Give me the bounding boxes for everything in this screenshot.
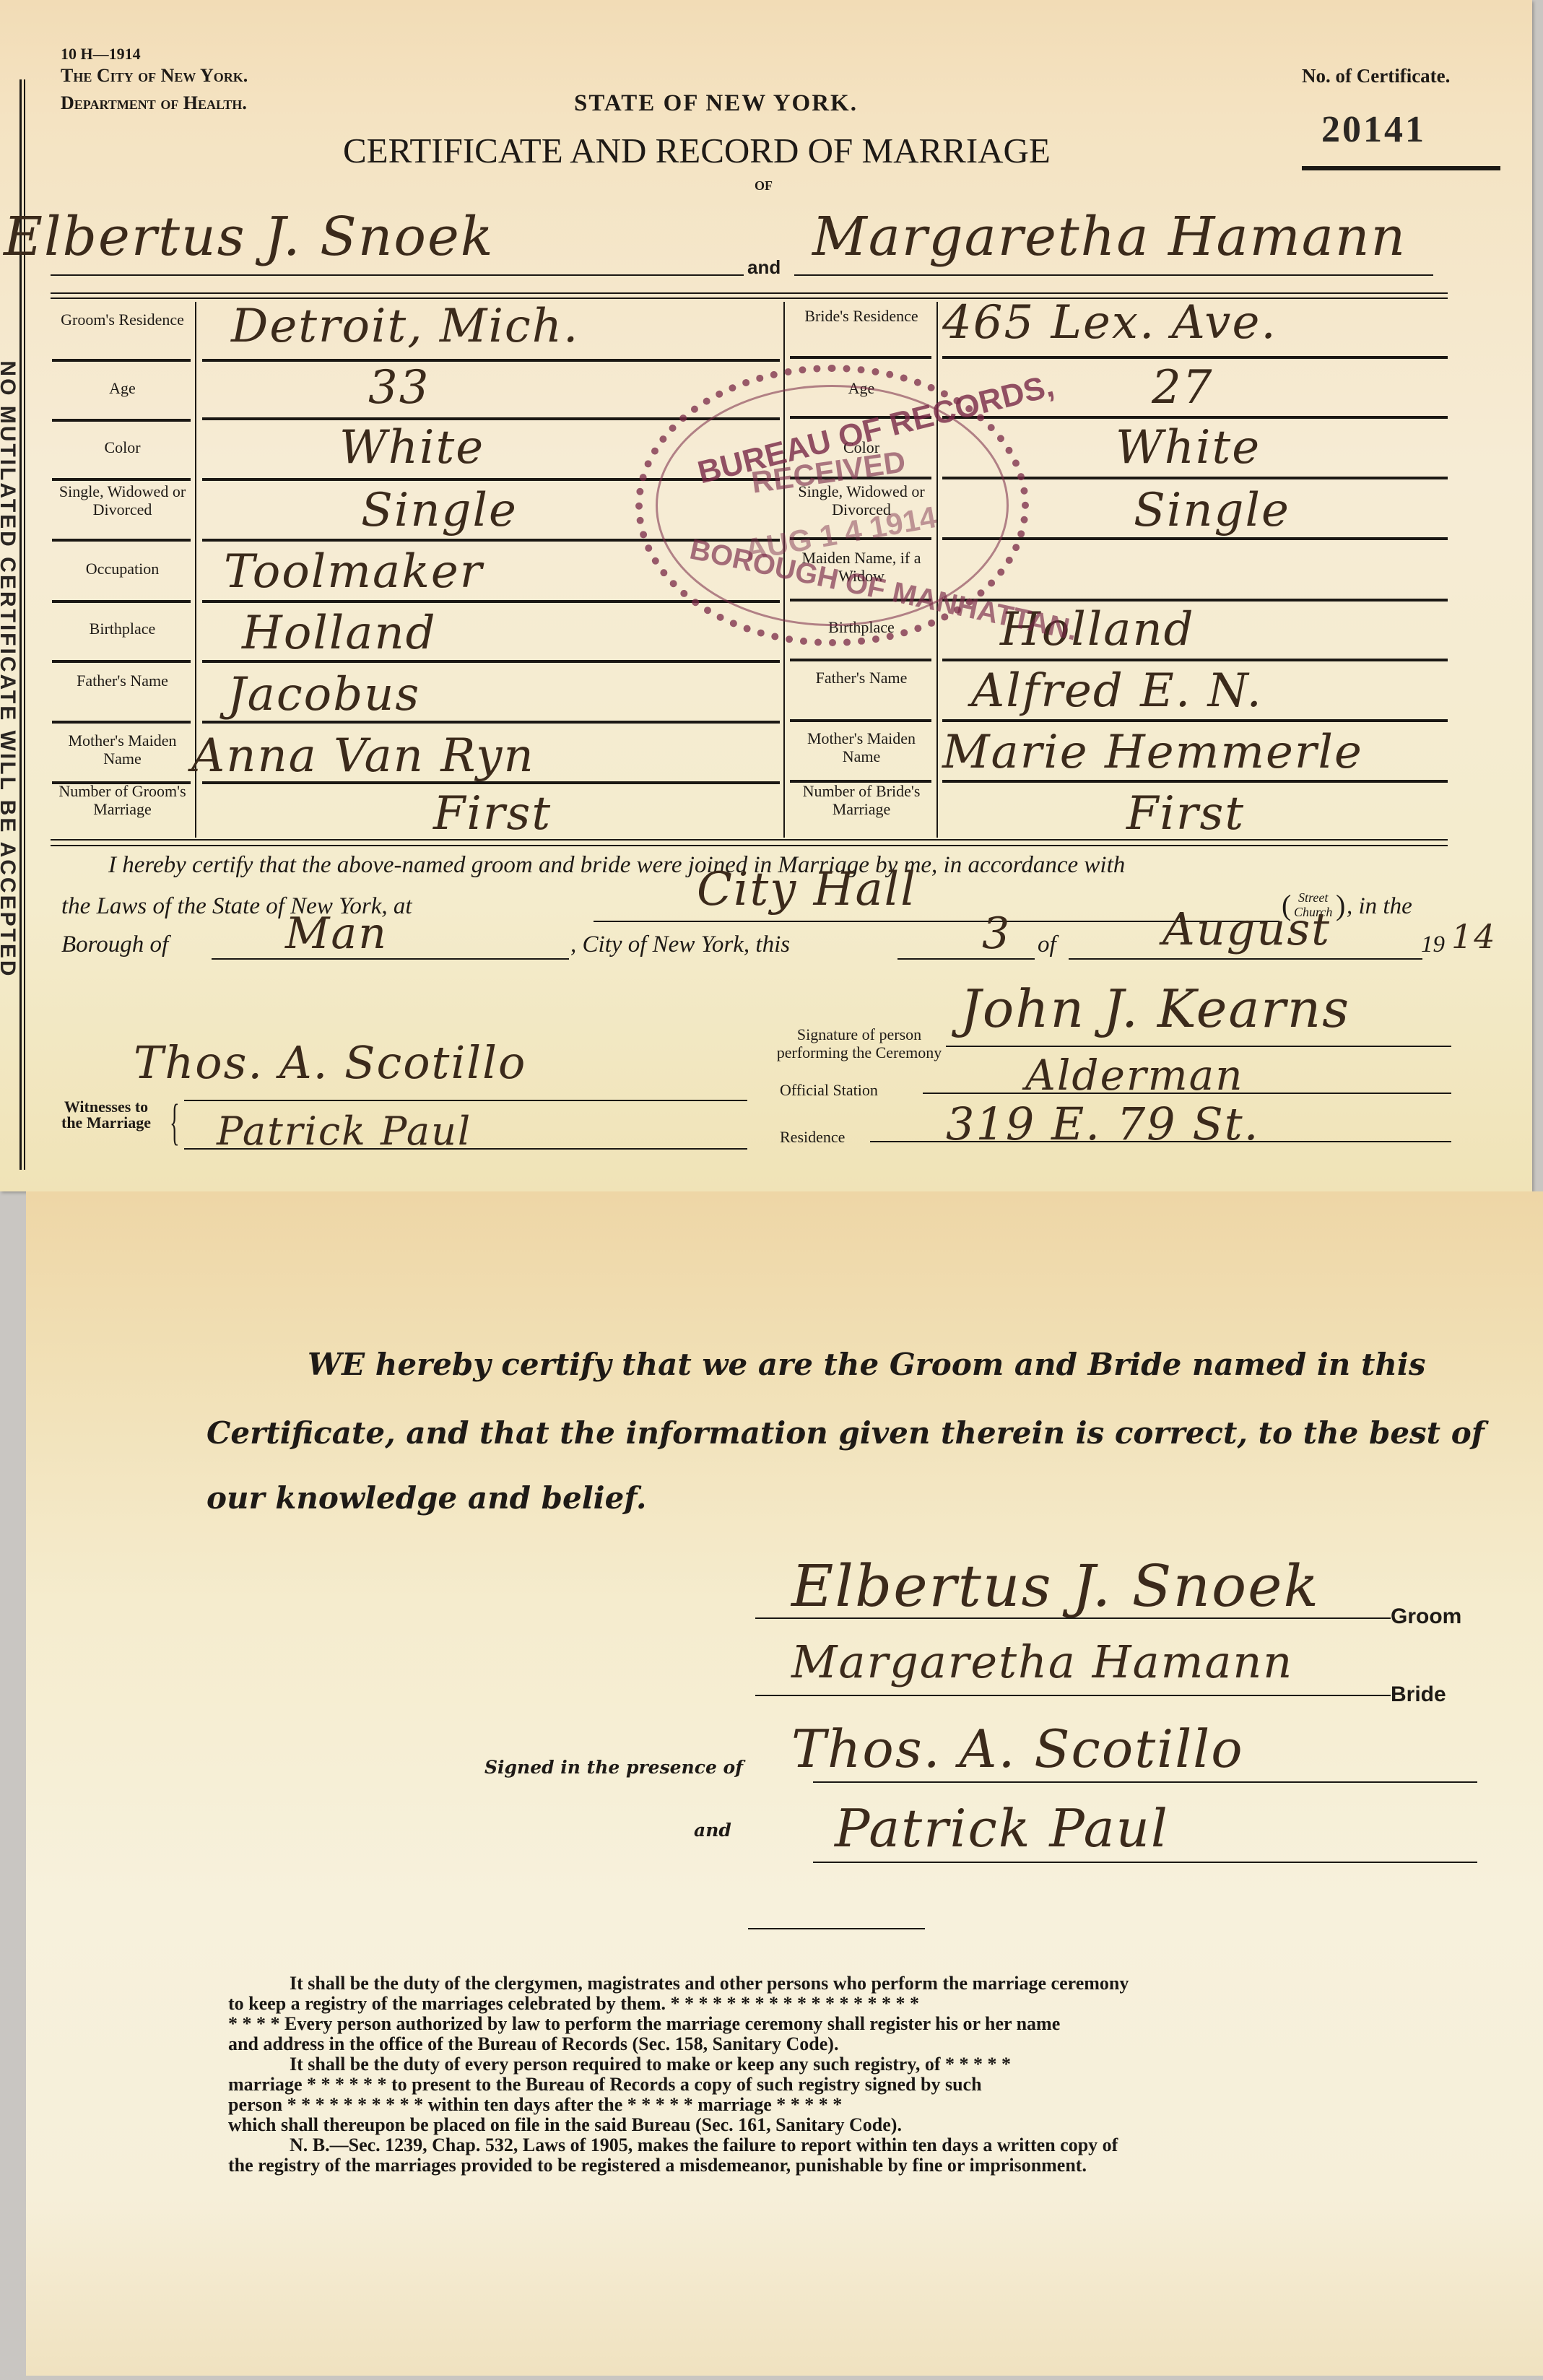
certify-in-the: , in the bbox=[1347, 893, 1412, 920]
declaration-line-1: WE hereby certify that we are the Groom … bbox=[308, 1347, 1425, 1382]
bride-father-label: Father's Name bbox=[790, 669, 933, 687]
and-back-label: and bbox=[694, 1820, 731, 1841]
groom-color-label: Color bbox=[52, 438, 193, 456]
witness-1-line bbox=[184, 1100, 747, 1101]
groom-marriage-number-value: First bbox=[433, 787, 552, 841]
bride-label: Bride bbox=[1391, 1682, 1446, 1707]
groom-occupation-label: Occupation bbox=[52, 560, 193, 578]
and-label: and bbox=[747, 256, 781, 279]
groom-mother-label: Mother's Maiden Name bbox=[52, 731, 193, 768]
bride-mother-value: Marie Hemmerle bbox=[942, 726, 1363, 779]
legal-nb-line2: the registry of the marriages provided t… bbox=[228, 2155, 1499, 2176]
declaration-line-2: Certificate, and that the information gi… bbox=[207, 1415, 1485, 1451]
officiant-signature-label: Signature of person performing the Cerem… bbox=[773, 1025, 946, 1061]
official-station-label: Official Station bbox=[780, 1081, 878, 1100]
legal-p1-line4: and address in the office of the Bureau … bbox=[228, 2034, 1499, 2054]
groom-father-label: Father's Name bbox=[52, 672, 193, 690]
legal-p1-line3: * * * * Every person authorized by law t… bbox=[228, 2014, 1499, 2034]
certificate-number: 20141 bbox=[1321, 108, 1426, 151]
paren-close: ) bbox=[1336, 888, 1345, 922]
witness-1-back-signature: Thos. A. Scotillo bbox=[791, 1719, 1244, 1779]
witness-1-signature: Thos. A. Scotillo bbox=[134, 1036, 526, 1089]
groom-residence-value: Detroit, Mich. bbox=[231, 300, 579, 353]
declaration-line-3: our knowledge and belief. bbox=[207, 1480, 647, 1516]
witness-1-back-line bbox=[813, 1781, 1477, 1783]
legal-nb-line1: N. B.—Sec. 1239, Chap. 532, Laws of 1905… bbox=[228, 2135, 1499, 2155]
bride-name: Margaretha Hamann bbox=[812, 206, 1407, 268]
groom-occupation-value: Toolmaker bbox=[224, 545, 483, 599]
signed-in-presence-label: Signed in the presence of bbox=[484, 1757, 743, 1778]
witness-2-line bbox=[184, 1148, 747, 1150]
legal-notice: It shall be the duty of the clergymen, m… bbox=[228, 1973, 1499, 2176]
groom-marital-status-label: Single, Widowed or Divorced bbox=[52, 482, 193, 518]
legal-p1-line1: It shall be the duty of the clergymen, m… bbox=[228, 1973, 1499, 1994]
ceremony-day: 3 bbox=[982, 908, 1011, 959]
witness-2-back-signature: Patrick Paul bbox=[835, 1798, 1169, 1859]
bride-signature-line bbox=[755, 1695, 1391, 1696]
groom-father-value: Jacobus bbox=[227, 668, 420, 721]
officiant-residence-value: 319 E. 79 St. bbox=[946, 1098, 1259, 1150]
groom-birthplace-label: Birthplace bbox=[52, 620, 193, 638]
official-station-value: Alderman bbox=[1025, 1051, 1244, 1100]
groom-residence-label: Groom's Residence bbox=[52, 310, 193, 329]
bride-marriage-number-label: Number of Bride's Marriage bbox=[790, 782, 933, 818]
groom-name-line bbox=[51, 274, 744, 276]
witness-2-signature: Patrick Paul bbox=[217, 1108, 471, 1154]
certify-line1: I hereby certify that the above-named gr… bbox=[108, 852, 1125, 879]
witness-brace: { bbox=[170, 1098, 179, 1148]
borough-prefix: Borough of bbox=[61, 931, 168, 958]
groom-mother-value: Anna Van Ryn bbox=[191, 729, 535, 783]
groom-label: Groom bbox=[1391, 1604, 1461, 1629]
borough-value: Man bbox=[285, 908, 388, 959]
legal-p1-line2: to keep a registry of the marriages cele… bbox=[228, 1994, 1499, 2014]
issuer-city: The City of New York. bbox=[61, 65, 248, 87]
groom-birthplace-value: Holland bbox=[242, 607, 437, 660]
bride-age-value: 27 bbox=[1152, 361, 1213, 414]
side-margin-text: NO MUTILATED CERTIFICATE WILL BE ACCEPTE… bbox=[0, 323, 19, 1016]
table-bottom-rule bbox=[51, 845, 1448, 846]
of-label: OF bbox=[755, 178, 773, 194]
bride-mother-label: Mother's Maiden Name bbox=[790, 729, 933, 765]
state-heading: STATE OF NEW YORK. bbox=[574, 90, 858, 117]
groom-age-value: 33 bbox=[368, 361, 430, 414]
of-text: of bbox=[1038, 931, 1056, 958]
year-prefix: 19 bbox=[1421, 931, 1445, 958]
bride-marital-status-value: Single bbox=[1134, 484, 1290, 537]
month-line bbox=[1069, 958, 1422, 960]
bride-name-line bbox=[794, 274, 1433, 276]
groom-marital-status-value: Single bbox=[361, 484, 518, 537]
certificate-number-label: No. of Certificate. bbox=[1302, 65, 1450, 87]
groom-name: Elbertus J. Snoek bbox=[4, 206, 495, 268]
groom-signature-line bbox=[755, 1617, 1391, 1619]
borough-line bbox=[212, 958, 569, 960]
officiant-signature: John J. Kearns bbox=[960, 978, 1350, 1039]
bride-residence-label: Bride's Residence bbox=[790, 307, 933, 325]
certificate-front: NO MUTILATED CERTIFICATE WILL BE ACCEPTE… bbox=[0, 0, 1532, 1191]
groom-age-label: Age bbox=[52, 379, 193, 397]
day-line bbox=[897, 958, 1035, 960]
ceremony-month: August bbox=[1162, 903, 1331, 955]
groom-marriage-number-label: Number of Groom's Marriage bbox=[52, 782, 193, 818]
bureau-of-records-stamp: BUREAU OF RECORDS, RECEIVED AUG 1 4 1914… bbox=[635, 365, 1029, 646]
separator-rule bbox=[748, 1928, 925, 1929]
ceremony-place: City Hall bbox=[697, 863, 917, 916]
form-number: 10 H—1914 bbox=[61, 45, 141, 64]
bride-marriage-number-value: First bbox=[1126, 787, 1245, 841]
groom-color-value: White bbox=[339, 421, 484, 474]
legal-p2-line3: person * * * * * * * * * * within ten da… bbox=[228, 2095, 1499, 2115]
certificate-number-underline bbox=[1302, 166, 1500, 170]
issuer-department: Department of Health. bbox=[61, 92, 247, 114]
officiant-residence-label: Residence bbox=[780, 1128, 845, 1147]
year-suffix: 14 bbox=[1451, 917, 1497, 956]
bride-color-value: White bbox=[1116, 421, 1261, 474]
certificate-back: WE hereby certify that we are the Groom … bbox=[26, 1191, 1543, 2376]
legal-p2-line1: It shall be the duty of every person req… bbox=[228, 2054, 1499, 2075]
legal-p2-line2: marriage * * * * * * to present to the B… bbox=[228, 2075, 1499, 2095]
groom-signature: Elbertus J. Snoek bbox=[791, 1552, 1320, 1620]
legal-p2-line4: which shall thereupon be placed on file … bbox=[228, 2115, 1499, 2135]
witnesses-label: Witnesses to the Marriage bbox=[59, 1099, 153, 1131]
document-title: CERTIFICATE AND RECORD OF MARRIAGE bbox=[343, 130, 1051, 171]
bride-signature: Margaretha Hamann bbox=[791, 1636, 1293, 1688]
witness-2-back-line bbox=[813, 1862, 1477, 1863]
bride-residence-value: 465 Lex. Ave. bbox=[942, 296, 1277, 349]
bride-father-value: Alfred E. N. bbox=[971, 664, 1263, 718]
city-text: , City of New York, this bbox=[570, 931, 790, 958]
table-top-rule bbox=[51, 292, 1448, 294]
officiant-signature-line bbox=[946, 1046, 1451, 1047]
